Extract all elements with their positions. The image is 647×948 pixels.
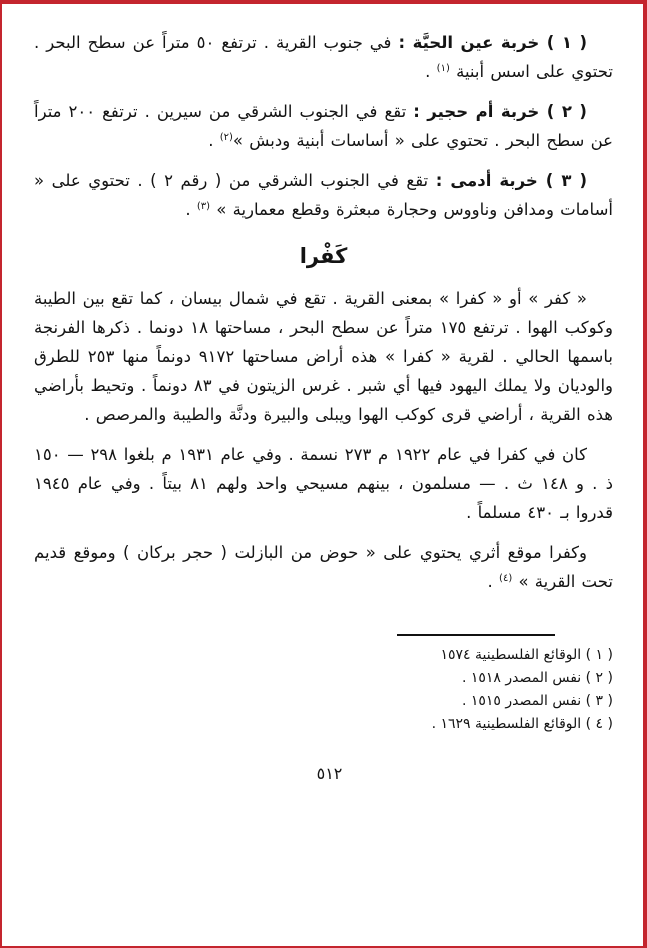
section-paragraph-description: « كفر » أو « كفرا » بمعنى القرية . تقع ف…: [34, 284, 613, 429]
page-number: ٥١٢: [40, 764, 619, 783]
entry-tail: .: [185, 200, 197, 219]
scanned-book-page: ( ١ ) خربة عين الحيَّة : في جنوب القرية …: [0, 0, 647, 948]
section-paragraph-population: كان في كفرا في عام ١٩٢٢ م ٢٧٣ نسمة . وفي…: [34, 440, 613, 527]
section-title-kafra: كَفْرا: [34, 244, 613, 268]
footnote-ref-3: (٣): [197, 201, 210, 212]
entry-tail: .: [425, 62, 437, 81]
paragraph-text: كان في كفرا في عام ١٩٢٢ م ٢٧٣ نسمة . وفي…: [34, 445, 613, 522]
footnote-ref-4: (٤): [499, 573, 512, 584]
footnote-item-2: ( ٢ ) نفس المصدر ١٥١٨ .: [462, 667, 613, 690]
footnote-ref-2: (٢): [220, 132, 233, 143]
footnote-item-4: ( ٤ ) الوقائع الفلسطينية ١٦٢٩ .: [432, 713, 613, 736]
footnotes-section: ( ١ ) الوقائع الفلسطينية ١٥٧٤ ( ٢ ) نفس …: [34, 634, 613, 736]
entry-paragraph-khirbet-adma: ( ٣ ) خربة أدمى : تقع في الجنوب الشرقي م…: [34, 166, 613, 224]
paragraph-text: « كفر » أو « كفرا » بمعنى القرية . تقع ف…: [34, 289, 613, 424]
entry-title: ( ٣ ) خربة أدمى :: [436, 171, 587, 190]
footnote-item-3: ( ٣ ) نفس المصدر ١٥١٥ .: [462, 690, 613, 713]
entry-title: ( ٢ ) خربة أم حجير :: [413, 102, 587, 121]
page-content: ( ١ ) خربة عين الحيَّة : في جنوب القرية …: [2, 4, 643, 783]
entry-tail: .: [208, 131, 220, 150]
entry-title: ( ١ ) خربة عين الحيَّة :: [398, 33, 587, 52]
entry-paragraph-khirbet-ain-alhayya: ( ١ ) خربة عين الحيَّة : في جنوب القرية …: [34, 28, 613, 86]
entry-paragraph-khirbet-umm-hajir: ( ٢ ) خربة أم حجير : تقع في الجنوب الشرق…: [34, 97, 613, 155]
footnote-ref-1: (١): [437, 63, 450, 74]
footnote-item-1: ( ١ ) الوقائع الفلسطينية ١٥٧٤: [440, 644, 613, 667]
paragraph-text: وكفرا موقع أثري يحتوي على « حوض من الباز…: [34, 543, 613, 591]
section-paragraph-archaeology: وكفرا موقع أثري يحتوي على « حوض من الباز…: [34, 538, 613, 596]
footnote-separator-rule: [397, 634, 555, 636]
paragraph-tail: .: [488, 572, 500, 591]
